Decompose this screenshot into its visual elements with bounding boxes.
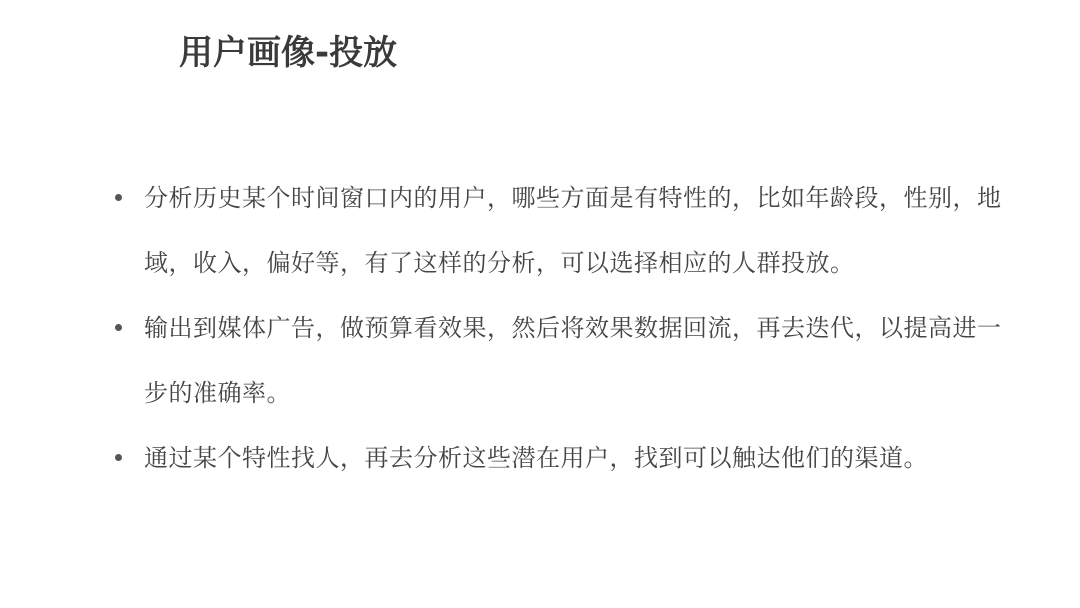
bullet-dot-icon <box>115 194 122 201</box>
bullet-text: 通过某个特性找人，再去分析这些潜在用户，找到可以触达他们的渠道。 <box>144 444 928 472</box>
bullet-text: 分析历史某个时间窗口内的用户，哪些方面是有特性的，比如年龄段，性别，地域，收入，… <box>144 184 1002 277</box>
bullet-dot-icon <box>115 324 122 331</box>
bullet-item: 输出到媒体广告，做预算看效果，然后将效果数据回流，再去迭代，以提高进一步的准确率… <box>112 296 1017 426</box>
bullet-dot-icon <box>115 454 122 461</box>
bullet-list: 分析历史某个时间窗口内的用户，哪些方面是有特性的，比如年龄段，性别，地域，收入，… <box>112 166 1017 491</box>
bullet-text: 输出到媒体广告，做预算看效果，然后将效果数据回流，再去迭代，以提高进一步的准确率… <box>144 314 1002 407</box>
bullet-item: 分析历史某个时间窗口内的用户，哪些方面是有特性的，比如年龄段，性别，地域，收入，… <box>112 166 1017 296</box>
bullet-item: 通过某个特性找人，再去分析这些潜在用户，找到可以触达他们的渠道。 <box>112 426 1017 491</box>
slide-title: 用户画像-投放 <box>179 30 397 76</box>
